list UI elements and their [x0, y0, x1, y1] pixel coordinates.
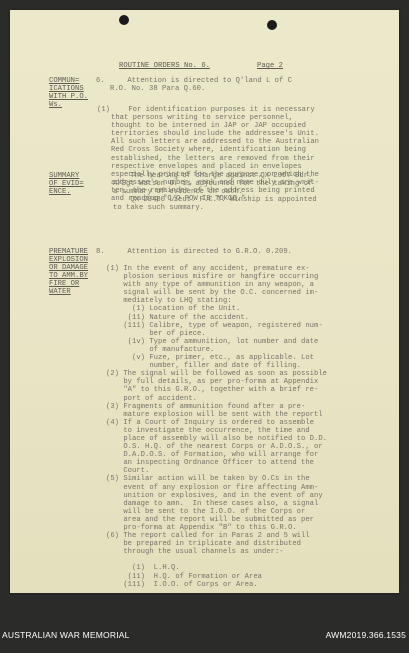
page-number: Page 2 [257, 62, 283, 70]
section-number: 6. [96, 77, 105, 85]
section-intro: Attention is directed to Q'land L of C R… [110, 77, 292, 93]
punch-hole [267, 20, 277, 30]
footer-accession-number: AWM2019.366.1535 [326, 630, 406, 640]
section-heading: SUMMARY OF EVID= ENCE. [49, 172, 84, 196]
section-body: (1) In the event of any accident, premat… [106, 265, 327, 589]
section-number: 8. [96, 248, 105, 256]
punch-hole [119, 15, 129, 25]
section-body: The hearing of charge against QX 2057 Bd… [113, 172, 317, 212]
footer-institution: AUSTRALIAN WAR MEMORIAL [2, 630, 130, 640]
document-page: ROUTINE ORDERS No. 6. Page 2 COMMUN= ICA… [10, 10, 399, 593]
section-heading: COMMUN= ICATIONS WITH P.O. Ws. [49, 77, 88, 109]
section-heading: PREMATURE EXPLOSION OR DAMAGE TO AMM.BY … [49, 248, 88, 297]
document-title: ROUTINE ORDERS No. 6. [119, 62, 210, 70]
paragraph-label: (1) [97, 106, 110, 114]
section-intro: Attention is directed to G.R.O. 0.209. [110, 248, 292, 256]
